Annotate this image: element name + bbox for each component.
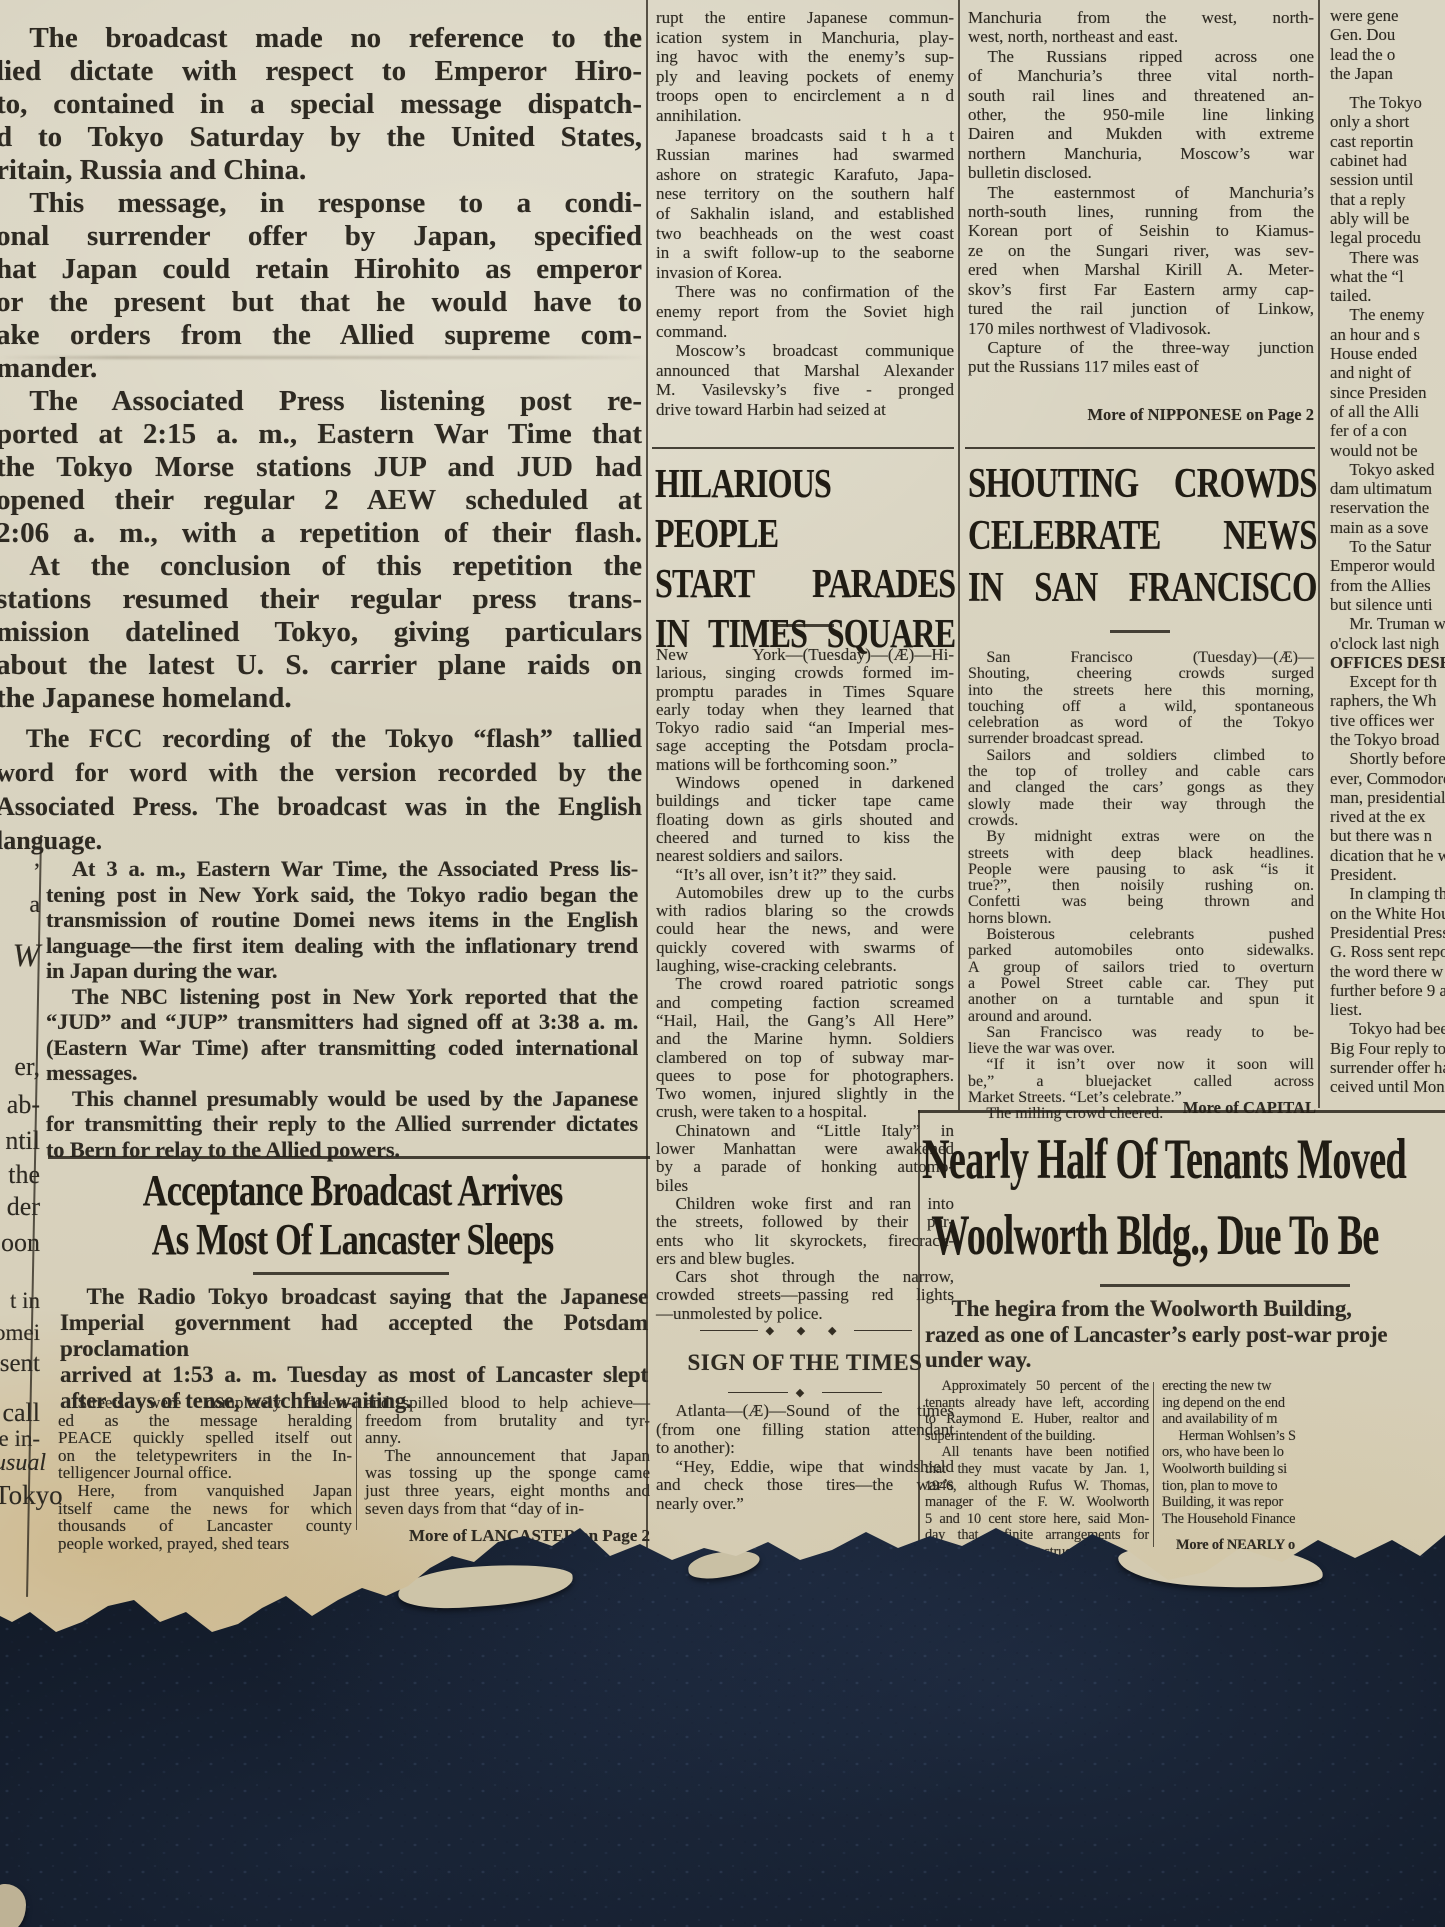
column-rule: [1318, 0, 1320, 1108]
cut-column-fragment: t in: [0, 1288, 40, 1314]
sign-of-the-times-title: SIGN OF THE TIMES: [656, 1350, 954, 1376]
lancaster-headline: Acceptance Broadcast ArrivesAs Most Of L…: [55, 1166, 650, 1266]
woolworth-headline: Nearly Half Of Tenants MovedWoolworth Bl…: [922, 1122, 1445, 1282]
cut-column-fragment: der: [0, 1192, 40, 1222]
cut-column-fragment: usual: [0, 1450, 40, 1477]
san-francisco-headline: SHOUTING CROWDSCELEBRATE NEWSIN SAN FRAN…: [968, 458, 1316, 616]
times-square-headline: HILARIOUS PEOPLESTART PARADESIN TIMES SQ…: [655, 458, 955, 610]
woolworth-column-b: erecting the new twing depend on the end…: [1162, 1378, 1445, 1554]
photo-stage: The broadcast made no reference to theli…: [0, 0, 1445, 1927]
cut-column-fragment: e in-: [0, 1426, 40, 1452]
manchuria-havoc-column: rupt the entire Japanese commun-ication …: [656, 8, 954, 419]
column-rule: [958, 0, 960, 1110]
lead-article-text-small: At 3 a. m., Eastern War Time, the Associ…: [46, 856, 638, 1162]
woolworth-intro: The hegira from the Woolworth Building,r…: [925, 1296, 1445, 1373]
cut-column-fragment: ,: [0, 846, 40, 873]
cut-column-fragment: ntil: [0, 1126, 40, 1156]
headline-underline: [253, 1272, 449, 1275]
lancaster-column-b: and spilled blood to help achieve—freedo…: [365, 1394, 650, 1545]
woolworth-column-a: Approximately 50 percent of thetenants a…: [925, 1378, 1149, 1561]
lancaster-column-a: Streets were completely desert-ed as the…: [58, 1394, 352, 1552]
cut-column-fragment: omei: [0, 1320, 40, 1346]
lead-article-text-large: The broadcast made no reference to theli…: [0, 22, 642, 715]
section-rule: [48, 1156, 650, 1159]
capital-column-fragments: were geneGen. Doulead the othe JapanThe …: [1330, 6, 1445, 1097]
section-rule: [652, 447, 954, 449]
column-rule: [1153, 1382, 1154, 1547]
cut-column-fragment: ab-: [0, 1090, 40, 1120]
cut-column-fragment: call: [0, 1398, 40, 1428]
newspaper-page: The broadcast made no reference to theli…: [0, 0, 1445, 1662]
capital-jump-note: More of CAPITAL: [1120, 1098, 1316, 1118]
san-francisco-article: San Francisco (Tuesday)—(Æ)—Shouting, ch…: [968, 650, 1314, 1123]
cut-column-fragment: the: [0, 1160, 40, 1190]
cut-column-fragment: oon: [0, 1228, 40, 1258]
headline-underline: [1110, 630, 1170, 633]
cut-column-fragment: W: [0, 938, 40, 975]
times-square-article: New York—(Tuesday)—(Æ)—Hi-larious, singi…: [656, 646, 954, 1323]
section-rule: [918, 1110, 1445, 1113]
cut-column-fragment: Tokyo: [0, 1480, 40, 1511]
headline-underline: [776, 624, 834, 627]
dinkus-diamonds: ◆ ◆ ◆: [758, 1324, 855, 1337]
headline-underline: [1100, 1284, 1350, 1287]
cut-column-fragment: sent: [0, 1350, 40, 1378]
nipponese-jump-note: More of NIPPONESE on Page 2: [1040, 405, 1314, 425]
column-rule: [356, 1398, 357, 1530]
section-rule: [965, 447, 1315, 449]
cut-column-fragment: a: [0, 892, 40, 919]
dinkus-diamond: ◆: [788, 1386, 822, 1399]
lead-article-text-medium: The FCC recording of the Tokyo “flash” t…: [0, 722, 642, 858]
cut-column-fragment: er,: [0, 1052, 40, 1082]
sign-of-the-times-article: Atlanta—(Æ)—Sound of the times(from one …: [656, 1402, 954, 1513]
russians-manchuria-column: Manchuria from the west, north-west, nor…: [968, 8, 1314, 377]
dinkus-divider: ◆ ◆ ◆: [700, 1324, 912, 1337]
title-underline: ◆: [728, 1386, 882, 1399]
